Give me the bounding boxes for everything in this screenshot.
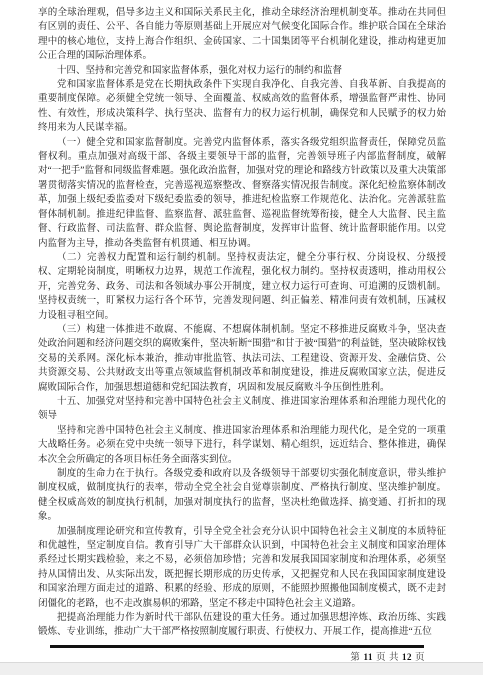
document-page: 享的全球治理观，倡导多边主义和国际关系民主化，推动全球经济治理机制变革。推动在共… (0, 0, 483, 663)
section-heading: 十四、坚持和完善党和国家监督体系，强化对权力运行的制约和监督 (38, 64, 446, 78)
footer-page-suffix: 页 (376, 649, 386, 663)
footer-total-pages: 12 (402, 652, 412, 662)
footer-page-prefix: 第 (350, 649, 360, 663)
footer-rule (50, 645, 424, 648)
footer-page-indicator: 第 11 页 共 12 页 (350, 649, 425, 663)
document-body: 享的全球治理观，倡导多边主义和国际关系民主化，推动全球经济治理机制变革。推动在共… (38, 6, 446, 640)
viewer-background-strip (0, 664, 483, 675)
footer-current-page: 11 (363, 652, 373, 662)
footer-total-prefix: 共 (389, 649, 399, 663)
section-heading: 十五、加强党对坚持和完善中国特色社会主义制度、推进国家治理体系和治理能力现代化的… (38, 395, 446, 424)
paragraph: （一）健全党和国家监督制度。完善党内监督体系，落实各级党组织监督责任，保障党员监… (38, 136, 446, 251)
paragraph: 坚持和完善中国特色社会主义制度、推进国家治理体系和治理能力现代化，是全党的一项重… (38, 424, 446, 467)
footer-total-suffix: 页 (415, 649, 425, 663)
paragraph: 把提高治理能力作为新时代干部队伍建设的重大任务。通过加强思想淬炼、政治历练、实践… (38, 611, 446, 640)
paragraph: 享的全球治理观，倡导多边主义和国际关系民主化，推动全球经济治理机制变革。推动在共… (38, 6, 446, 64)
paragraph: （三）构建一体推进不敢腐、不能腐、不想腐体制机制。坚定不移推进反腐败斗争，坚决查… (38, 323, 446, 395)
paragraph: 制度的生命力在于执行。各级党委和政府以及各级领导干部要切实强化制度意识，带头维护… (38, 467, 446, 525)
paragraph: （二）完善权力配置和运行制约机制。坚持权责法定，健全分事行权、分岗设权、分级授权… (38, 251, 446, 323)
paragraph: 党和国家监督体系是党在长期执政条件下实现自我净化、自我完善、自我革新、自我提高的… (38, 78, 446, 136)
paragraph: 加强制度理论研究和宣传教育，引导全党全社会充分认识中国特色社会主义制度的本质特征… (38, 525, 446, 611)
